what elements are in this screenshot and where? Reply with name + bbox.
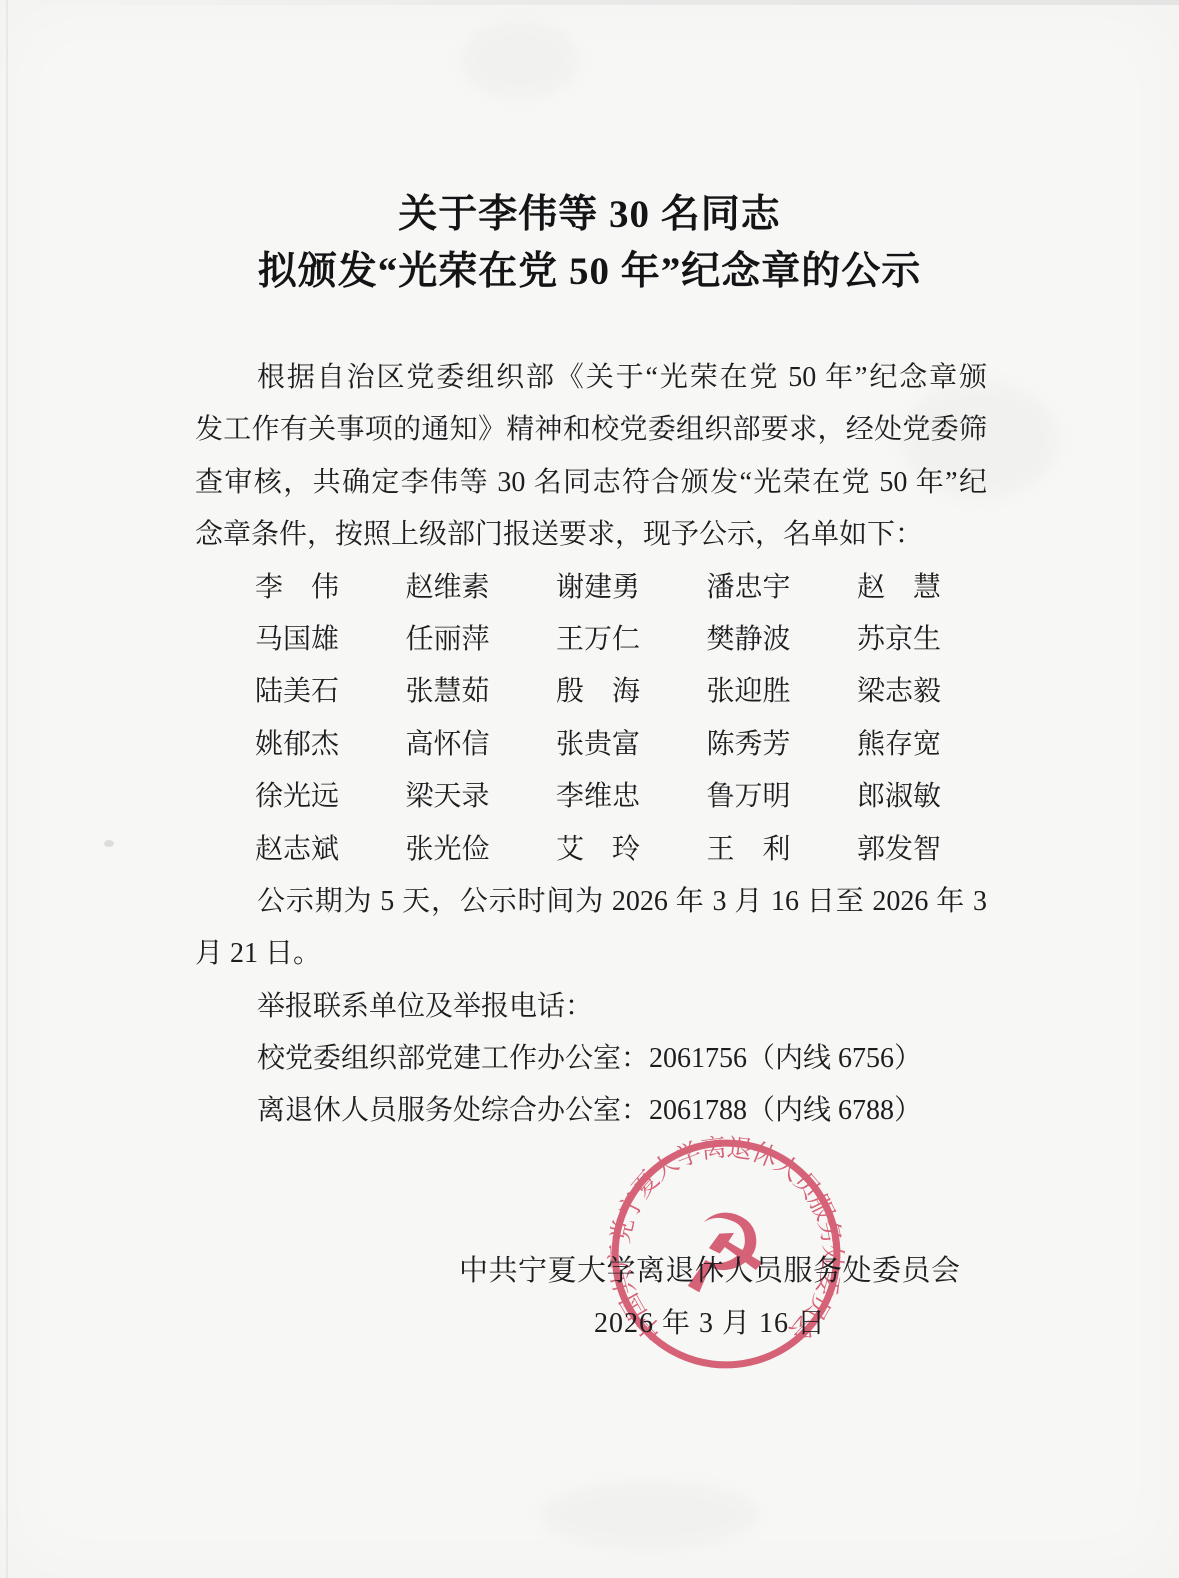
body-line: 月 21 日。 <box>195 928 987 980</box>
name-cell: 姚郁杰 <box>255 719 339 771</box>
name-cell: 郭发智 <box>857 824 941 876</box>
name-cell: 陆美石 <box>255 666 339 718</box>
body-line: 离退休人员服务处综合办公室：2061788（内线 6788） <box>195 1085 987 1137</box>
name-cell: 高怀信 <box>405 719 489 771</box>
body-line: 校党委组织部党建工作办公室：2061756（内线 6756） <box>195 1033 987 1085</box>
name-cell: 艾 玲 <box>556 824 640 876</box>
name-cell: 赵志斌 <box>255 824 339 876</box>
title-line-2: 拟颁发“光荣在党 50 年”纪念章的公示 <box>0 243 1179 300</box>
name-cell: 李维忠 <box>556 771 640 823</box>
name-cell: 鲁万明 <box>706 771 790 823</box>
name-cell: 王万仁 <box>556 614 640 666</box>
body-line: 念章条件，按照上级部门报送要求，现予公示，名单如下： <box>195 509 987 561</box>
name-cell: 陈秀芳 <box>706 719 790 771</box>
names-row: 徐光远梁天录李维忠鲁万明郎淑敏 <box>255 771 941 823</box>
body-line: 公示期为 5 天，公示时间为 2026 年 3 月 16 日至 2026 年 3 <box>195 876 987 928</box>
name-cell: 张迎胜 <box>706 666 790 718</box>
name-cell: 谢建勇 <box>556 562 640 614</box>
name-cell: 张光俭 <box>405 824 489 876</box>
name-cell: 樊静波 <box>706 614 790 666</box>
body-line: 查审核，共确定李伟等 30 名同志符合颁发“光荣在党 50 年”纪 <box>195 457 987 509</box>
body-line: 举报联系单位及举报电话： <box>195 981 987 1033</box>
name-cell: 殷 海 <box>556 666 640 718</box>
name-cell: 赵 慧 <box>857 562 941 614</box>
name-cell: 张慧茹 <box>405 666 489 718</box>
scan-speck <box>104 840 114 847</box>
body-line: 发工作有关事项的通知》精神和校党委组织部要求，经处党委筛 <box>195 404 987 456</box>
name-cell: 马国雄 <box>255 614 339 666</box>
notice-title: 关于李伟等 30 名同志 拟颁发“光荣在党 50 年”纪念章的公示 <box>0 186 1179 300</box>
name-cell: 苏京生 <box>857 614 941 666</box>
names-row: 马国雄任丽萍王万仁樊静波苏京生 <box>255 614 941 666</box>
name-cell: 张贵富 <box>556 719 640 771</box>
names-row: 姚郁杰高怀信张贵富陈秀芳熊存宽 <box>255 719 941 771</box>
name-cell: 熊存宽 <box>857 719 941 771</box>
names-row: 赵志斌张光俭艾 玲王 利郭发智 <box>255 824 941 876</box>
name-cell: 任丽萍 <box>405 614 489 666</box>
name-cell: 赵维素 <box>405 562 489 614</box>
names-row: 陆美石张慧茹殷 海张迎胜梁志毅 <box>255 666 941 718</box>
names-row: 李 伟赵维素谢建勇潘忠宇赵 慧 <box>255 562 941 614</box>
name-cell: 梁天录 <box>405 771 489 823</box>
name-cell: 徐光远 <box>255 771 339 823</box>
signature-date: 2026 年 3 月 16 日 <box>594 1305 826 1343</box>
title-line-1: 关于李伟等 30 名同志 <box>0 186 1179 243</box>
name-cell: 梁志毅 <box>857 666 941 718</box>
name-cell: 李 伟 <box>255 562 339 614</box>
scan-edge-artifact <box>0 0 1179 5</box>
body-text: 根据自治区党委组织部《关于“光荣在党 50 年”纪念章颁发工作有关事项的通知》精… <box>195 352 987 1138</box>
name-cell: 王 利 <box>706 824 790 876</box>
name-cell: 潘忠宇 <box>706 562 790 614</box>
scan-blotch <box>540 1480 760 1550</box>
name-cell: 郎淑敏 <box>857 771 941 823</box>
signature-organization: 中共宁夏大学离退休人员服务处委员会 <box>459 1251 961 1291</box>
body-line: 根据自治区党委组织部《关于“光荣在党 50 年”纪念章颁 <box>195 352 987 404</box>
document-page: 关于李伟等 30 名同志 拟颁发“光荣在党 50 年”纪念章的公示 根据自治区党… <box>0 0 1179 1578</box>
scan-blotch <box>460 20 580 100</box>
